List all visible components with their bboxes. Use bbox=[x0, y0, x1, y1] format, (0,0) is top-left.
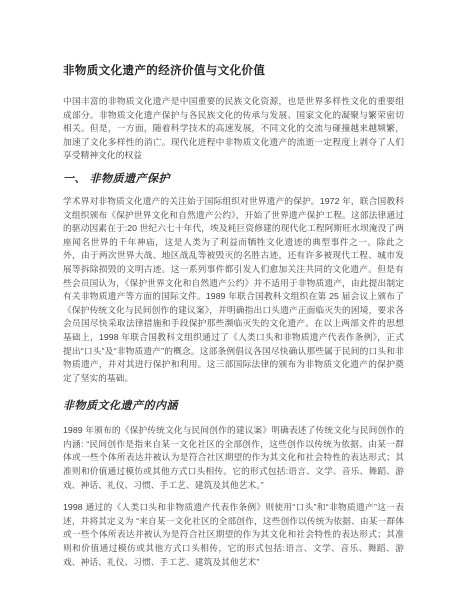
section-heading-heritage-connotation: 非物质文化遗产的内涵 bbox=[63, 399, 404, 414]
section-paragraph-1989-recommendation: 1989 年颁布的《保护传统文化与民间创作的建议案》明确表述了传统文化与民间创作… bbox=[63, 424, 404, 492]
section-paragraph-protection: 学术界对非物质文化遗产的关注始于国际组织对世界遗产的保护。1972 年，联合国教… bbox=[63, 195, 404, 385]
page-title: 非物质文化遗产的经济价值与文化价值 bbox=[63, 64, 404, 79]
intro-paragraph: 中国丰富的非物质文化遗产是中国重要的民族文化资源，也是世界多样性文化的重要组成部… bbox=[63, 95, 404, 163]
section-heading-heritage-protection: 一、 非物质遗产保护 bbox=[63, 172, 404, 187]
document-page: 非物质文化遗产的经济价值与文化价值 中国丰富的非物质文化遗产是中国重要的民族文化… bbox=[0, 0, 463, 600]
section-paragraph-1998-regulation: 1998 通过的《人类口头和非物质遗产代表作条例》则使用“口头”和“非物质遗产”… bbox=[63, 501, 404, 569]
